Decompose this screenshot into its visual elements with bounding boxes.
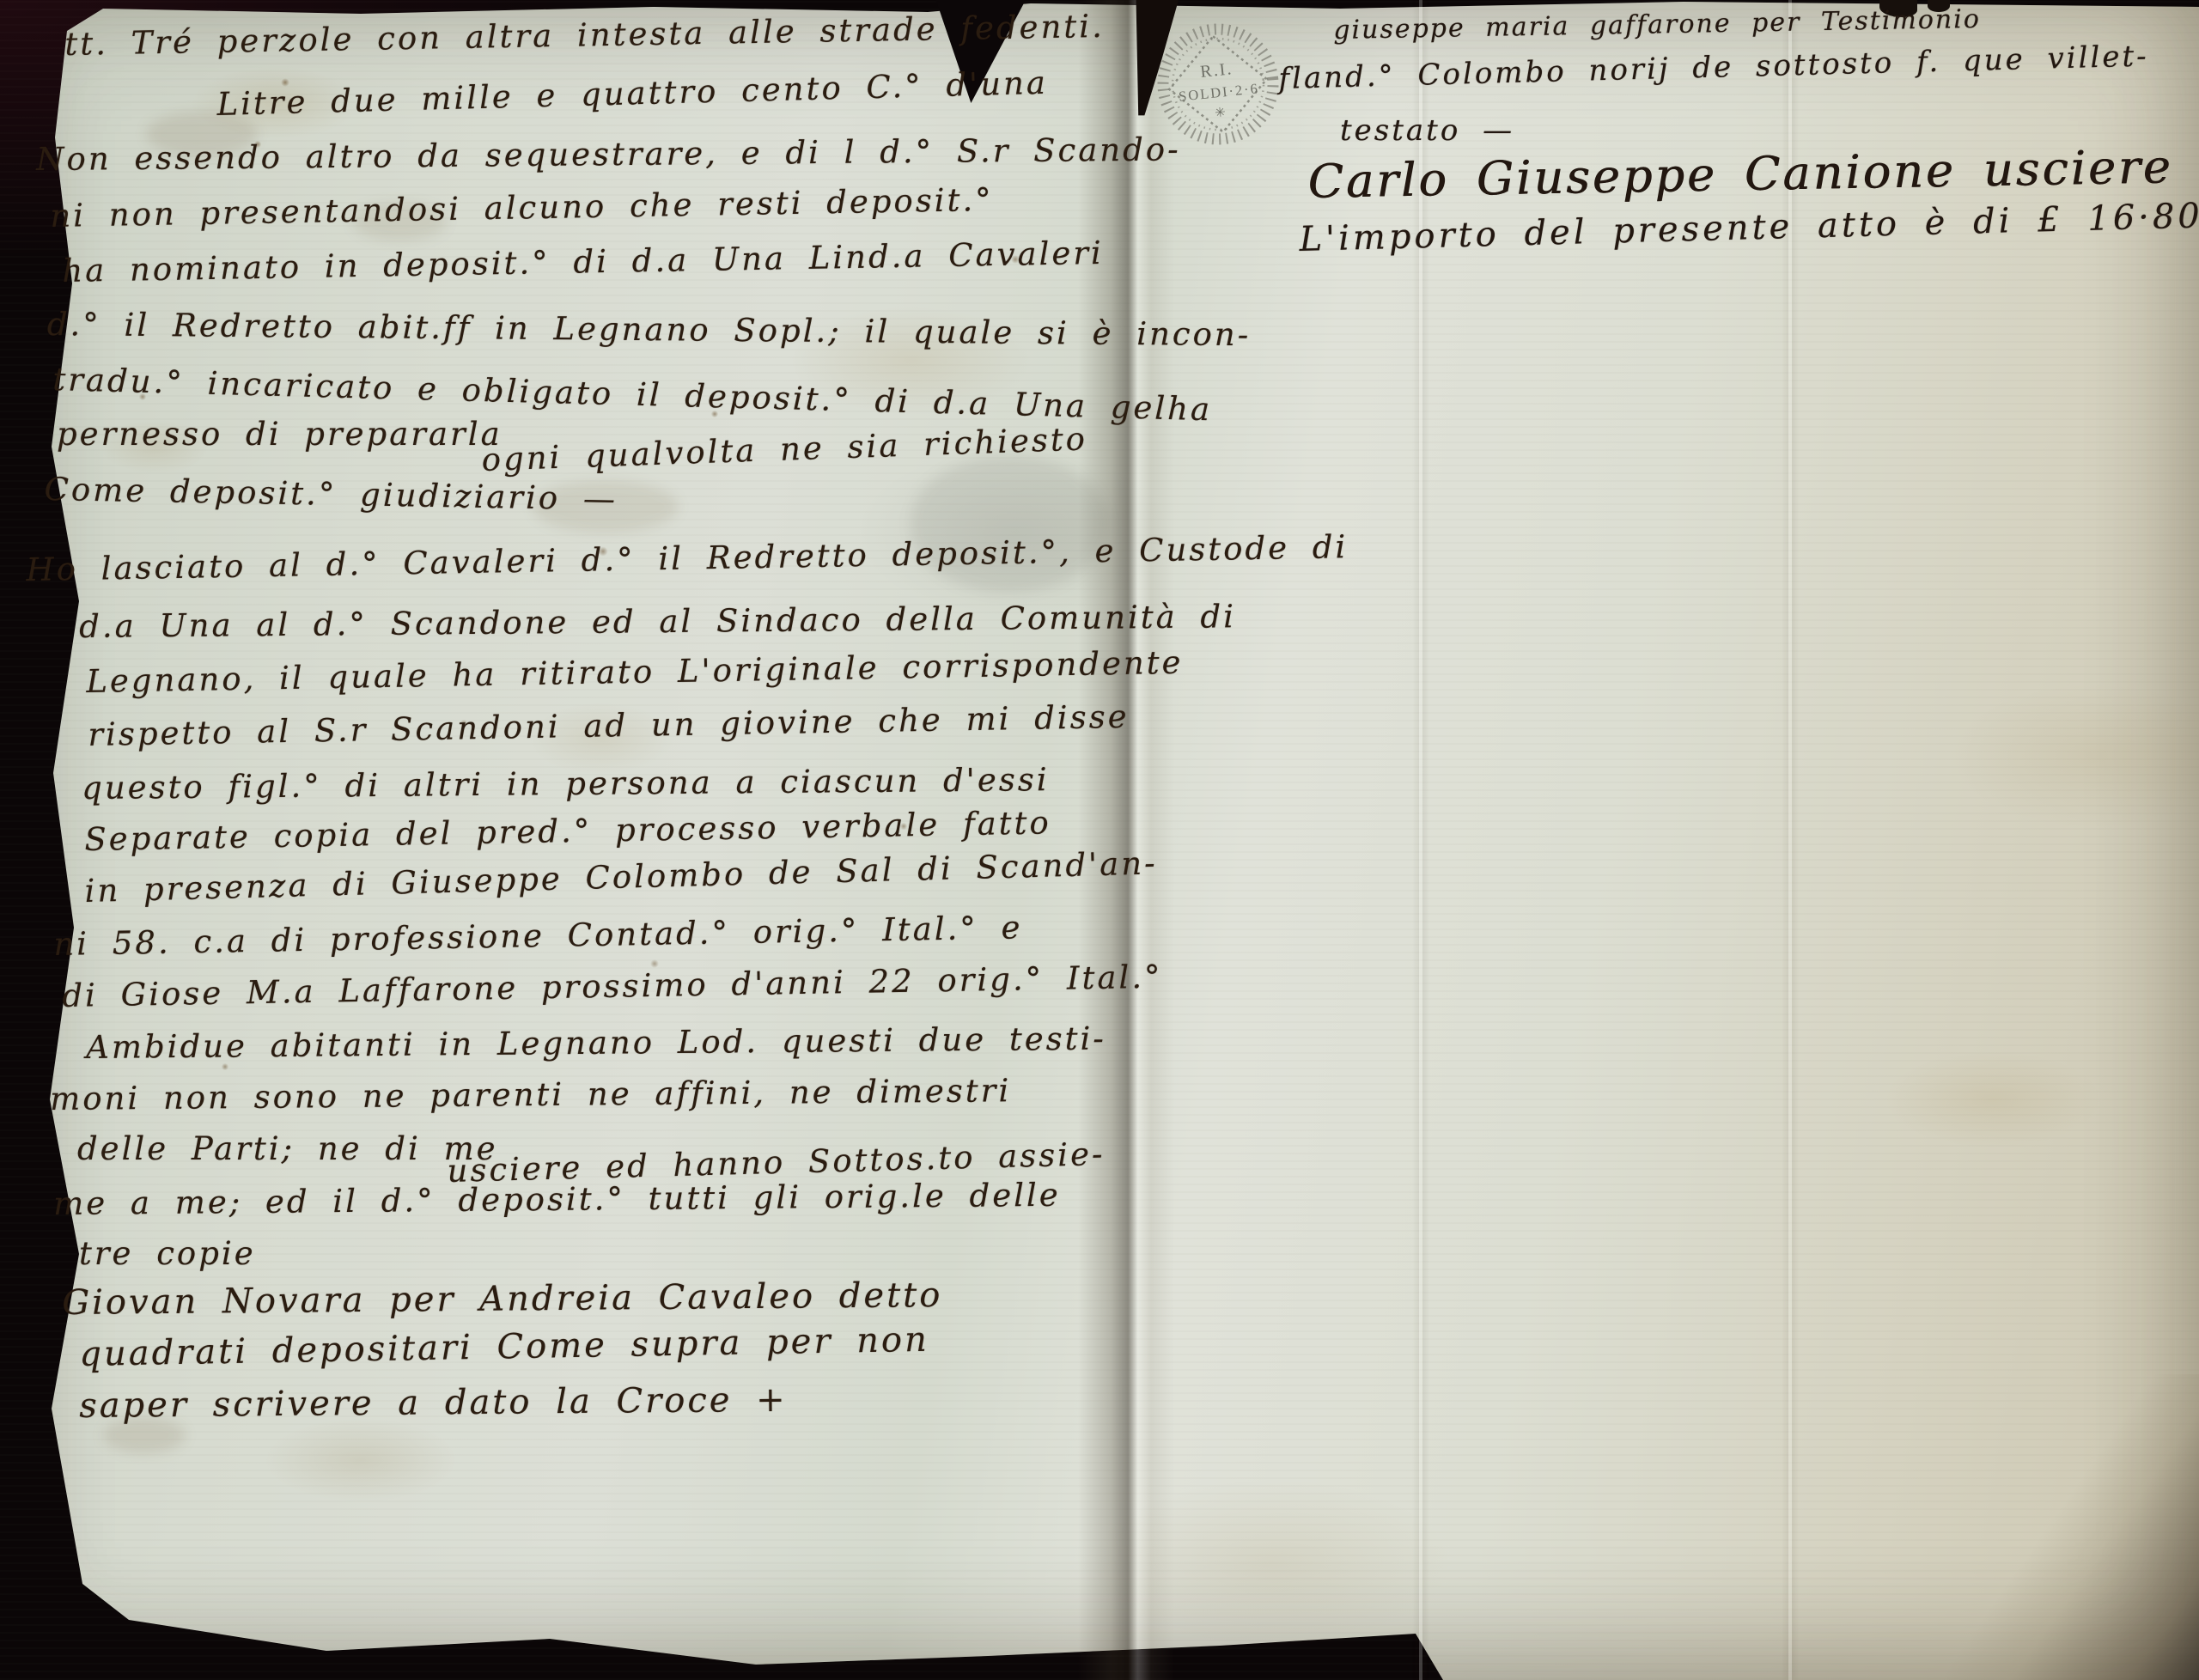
manuscript-line: pernesso di prepararla <box>57 416 503 453</box>
stamp-star-icon: ✳ <box>1214 106 1227 120</box>
stamp-text-ri: R.I. <box>1199 59 1234 82</box>
manuscript-line: saper scrivere a dato la Croce + <box>79 1380 788 1426</box>
document-photo: R.I. SOLDI·2·6 ✳ tt. Tré perzole con alt… <box>0 0 2199 1680</box>
manuscript-line: tre copie <box>79 1235 256 1272</box>
manuscript-line: testato — <box>1340 113 1514 148</box>
manuscript-line: delle Parti; ne di me <box>77 1130 498 1167</box>
manuscript-line: Giovan Novara per Andreia Cavaleo detto <box>62 1275 943 1323</box>
